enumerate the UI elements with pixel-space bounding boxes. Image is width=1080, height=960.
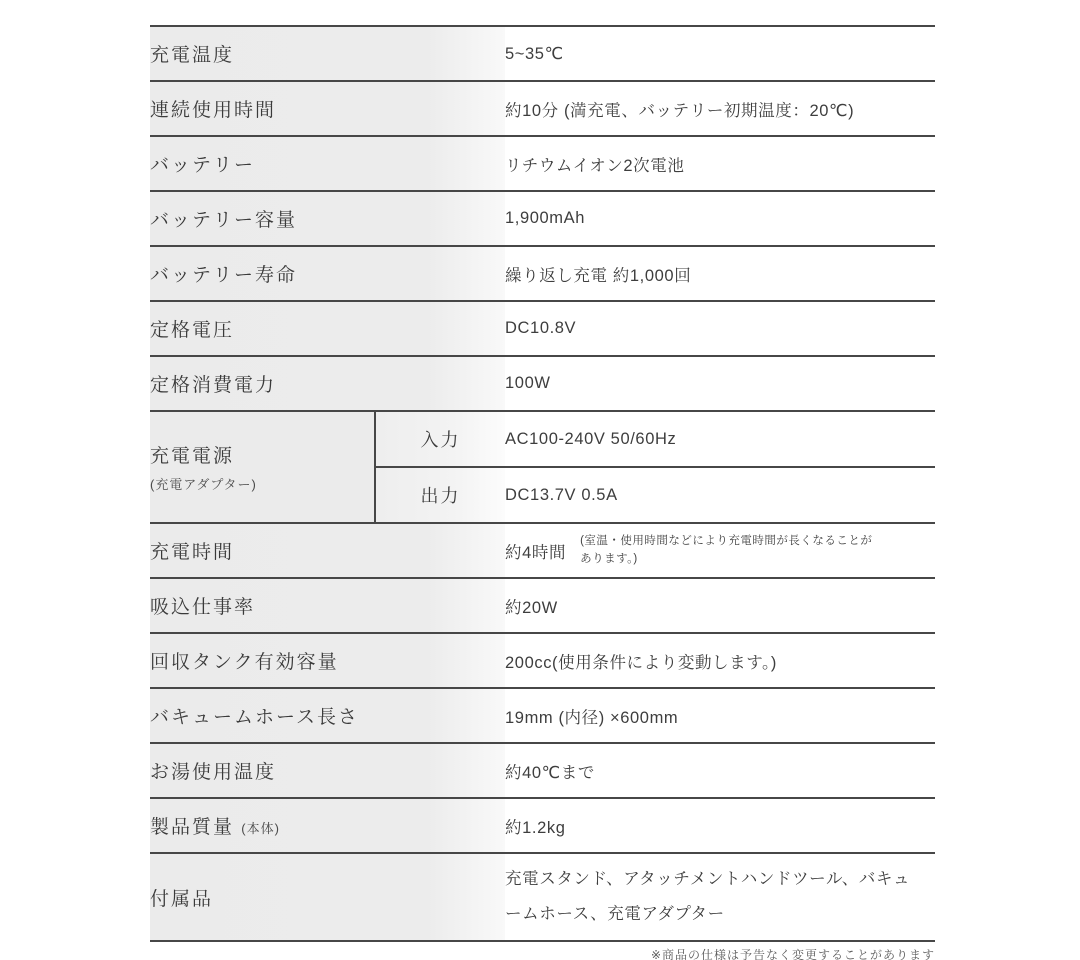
- spec-value-cell: AC100-240V 50/60Hz: [505, 411, 935, 467]
- spec-subrow-label: 出力: [375, 467, 505, 523]
- spec-label-text: 回収タンク有効容量: [150, 652, 339, 673]
- spec-label-subtext: (充電アダプター): [150, 474, 374, 493]
- spec-row: 定格消費電力100W: [150, 356, 935, 411]
- spec-row: お湯使用温度約40℃まで: [150, 743, 935, 798]
- spec-value-text: DC10.8V: [505, 319, 576, 338]
- spec-row: 吸込仕事率約20W: [150, 578, 935, 633]
- spec-row: バッテリー寿命繰り返し充電 約1,000回: [150, 246, 935, 301]
- spec-label-text: バキュームホース長さ: [150, 707, 359, 728]
- spec-label-cell: 付属品: [150, 853, 505, 941]
- spec-label-text: 吸込仕事率: [150, 597, 255, 618]
- spec-label-cell: 回収タンク有効容量: [150, 633, 505, 688]
- spec-value-cell: 約10分 (満充電、バッテリー初期温度：20℃): [505, 81, 935, 136]
- spec-value-cell: 1,900mAh: [505, 191, 935, 246]
- page: { "table": { "rows": [ { "label": "充電温度"…: [0, 0, 1080, 960]
- spec-value-text: 充電スタンド、アタッチメントハンドツール、バキュームホース、充電アダプター: [505, 862, 925, 931]
- spec-row: 連続使用時間約10分 (満充電、バッテリー初期温度：20℃): [150, 81, 935, 136]
- spec-row: 充電電源(充電アダプター)入力AC100-240V 50/60Hz: [150, 411, 935, 467]
- spec-value-cell: 繰り返し充電 約1,000回: [505, 246, 935, 301]
- spec-label-text: 付属品: [150, 889, 213, 910]
- spec-value-cell: DC10.8V: [505, 301, 935, 356]
- spec-label-text: 定格電圧: [150, 320, 234, 341]
- spec-value-cell: 5~35℃: [505, 26, 935, 81]
- spec-value-text: 約4時間: [505, 539, 566, 563]
- spec-label-cell: 吸込仕事率: [150, 578, 505, 633]
- spec-value-cell: 約1.2kg: [505, 798, 935, 853]
- spec-value-cell: DC13.7V 0.5A: [505, 467, 935, 523]
- spec-label-subtext: (本体): [241, 821, 280, 836]
- spec-row: 定格電圧DC10.8V: [150, 301, 935, 356]
- spec-label-text: バッテリー: [150, 155, 255, 176]
- spec-value-cell: 約4時間(室温・使用時間などにより充電時間が長くなることがあります。): [505, 523, 935, 578]
- spec-value-text: 約20W: [505, 594, 558, 618]
- spec-label-cell: 充電時間: [150, 523, 505, 578]
- spec-value-cell: 約40℃まで: [505, 743, 935, 798]
- spec-label-cell: バッテリー寿命: [150, 246, 505, 301]
- spec-subrow-label: 入力: [375, 411, 505, 467]
- spec-value-text: 5~35℃: [505, 44, 564, 64]
- spec-value-text: 1,900mAh: [505, 209, 585, 228]
- spec-value-cell: リチウムイオン2次電池: [505, 136, 935, 191]
- spec-sheet: 充電温度5~35℃連続使用時間約10分 (満充電、バッテリー初期温度：20℃)バ…: [150, 25, 935, 942]
- spec-label-cell: 連続使用時間: [150, 81, 505, 136]
- spec-label-text: バッテリー寿命: [150, 265, 297, 286]
- spec-value-text: 100W: [505, 374, 551, 393]
- spec-row: バッテリー容量1,900mAh: [150, 191, 935, 246]
- spec-value-cell: 約20W: [505, 578, 935, 633]
- spec-value-text: 約40℃まで: [505, 759, 595, 783]
- spec-label-cell: 充電電源(充電アダプター): [150, 411, 375, 523]
- spec-label-text: 連続使用時間: [150, 100, 276, 121]
- spec-row: 充電温度5~35℃: [150, 26, 935, 81]
- spec-value-cell: 充電スタンド、アタッチメントハンドツール、バキュームホース、充電アダプター: [505, 853, 935, 941]
- spec-label-text: 製品質量: [150, 817, 234, 838]
- spec-value-cell: 200cc(使用条件により変動します。): [505, 633, 935, 688]
- spec-row: 回収タンク有効容量200cc(使用条件により変動します。): [150, 633, 935, 688]
- spec-label-text: 充電温度: [150, 45, 234, 66]
- spec-label-cell: バッテリー: [150, 136, 505, 191]
- spec-label-cell: バッテリー容量: [150, 191, 505, 246]
- spec-value-cell: 100W: [505, 356, 935, 411]
- spec-label-text: 充電電源: [150, 446, 234, 467]
- spec-value-text: 約10分 (満充電、バッテリー初期温度：20℃): [505, 97, 854, 121]
- spec-value-cell: 19mm (内径) ×600mm: [505, 688, 935, 743]
- spec-value-text: 19mm (内径) ×600mm: [505, 704, 678, 728]
- spec-label-text: バッテリー容量: [150, 210, 297, 231]
- spec-row: バッテリーリチウムイオン2次電池: [150, 136, 935, 191]
- spec-row: 充電時間約4時間(室温・使用時間などにより充電時間が長くなることがあります。): [150, 523, 935, 578]
- spec-value-note: (室温・使用時間などにより充電時間が長くなることがあります。): [580, 533, 880, 569]
- spec-label-text: 定格消費電力: [150, 375, 276, 396]
- spec-value-text: リチウムイオン2次電池: [505, 152, 684, 176]
- spec-row: 製品質量 (本体)約1.2kg: [150, 798, 935, 853]
- spec-value-text: 約1.2kg: [505, 814, 565, 838]
- spec-label-cell: お湯使用温度: [150, 743, 505, 798]
- spec-value-text: 200cc(使用条件により変動します。): [505, 649, 777, 673]
- spec-table-body: 充電温度5~35℃連続使用時間約10分 (満充電、バッテリー初期温度：20℃)バ…: [150, 26, 935, 941]
- spec-label-cell: 充電温度: [150, 26, 505, 81]
- spec-value-text: 繰り返し充電 約1,000回: [505, 262, 691, 286]
- spec-row: 付属品充電スタンド、アタッチメントハンドツール、バキュームホース、充電アダプター: [150, 853, 935, 941]
- spec-label-text: お湯使用温度: [150, 762, 276, 783]
- spec-footnote: ※商品の仕様は予告なく変更することがあります: [150, 946, 935, 960]
- spec-label-cell: バキュームホース長さ: [150, 688, 505, 743]
- spec-label-cell: 定格電圧: [150, 301, 505, 356]
- spec-label-cell: 製品質量 (本体): [150, 798, 505, 853]
- spec-label-cell: 定格消費電力: [150, 356, 505, 411]
- spec-table: 充電温度5~35℃連続使用時間約10分 (満充電、バッテリー初期温度：20℃)バ…: [150, 25, 935, 942]
- spec-label-text: 充電時間: [150, 542, 234, 563]
- spec-row: バキュームホース長さ19mm (内径) ×600mm: [150, 688, 935, 743]
